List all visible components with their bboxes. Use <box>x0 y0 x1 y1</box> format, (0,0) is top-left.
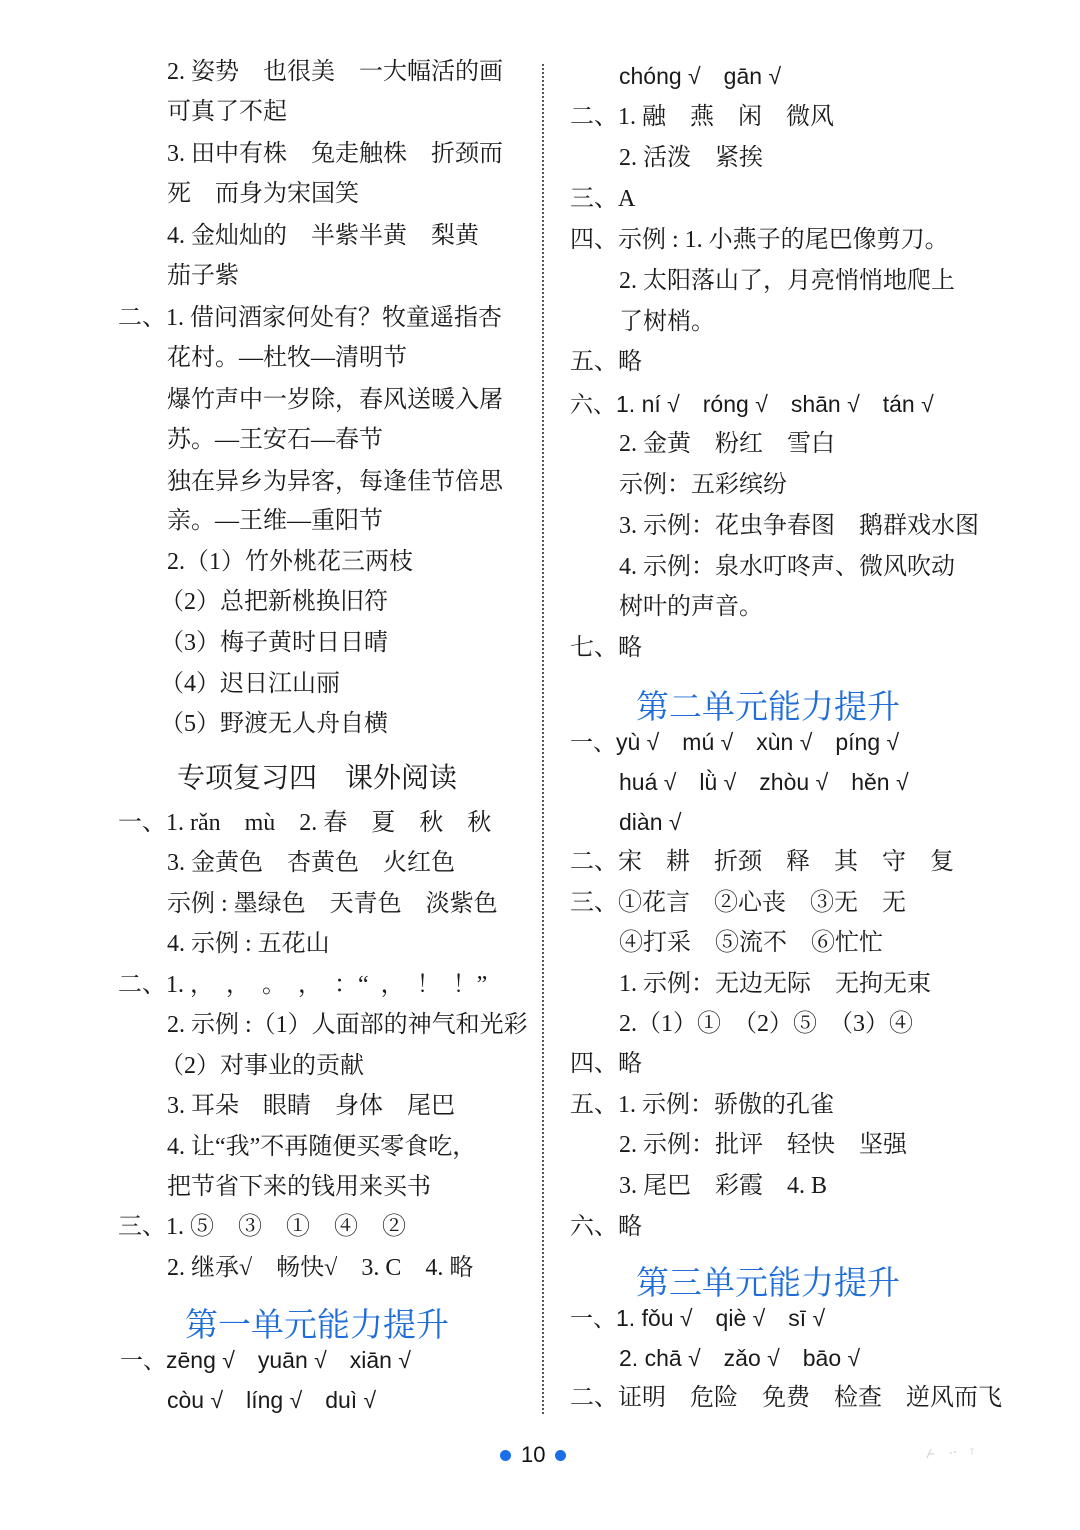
answer-line: 2. 继承√ 畅快√ 3. C 4. 略 <box>167 1248 473 1288</box>
answer-line: 3. 金黄色 杏黄色 火红色 <box>167 843 455 883</box>
answer-line: 一、yù √ mú √ xùn √ píng √ <box>570 722 899 762</box>
answer-line: 独在异乡为异客，每逢佳节倍思 <box>167 462 503 502</box>
page-footer: 10 <box>500 1441 566 1469</box>
answer-line: 1. 示例：无边无际 无拘无束 <box>619 964 931 1004</box>
answer-line: 3. 耳朵 眼睛 身体 尾巴 <box>167 1086 455 1126</box>
scan-mark-icon <box>925 1446 977 1460</box>
answer-line: 四、示例 : 1. 小燕子的尾巴像剪刀。 <box>570 220 949 260</box>
answer-line: 亲。—王维—重阳节 <box>167 501 383 541</box>
answer-line: （2）总把新桃换旧符 <box>160 582 388 622</box>
answer-line: 树叶的声音。 <box>619 587 763 627</box>
answer-line: 五、略 <box>570 342 642 382</box>
answer-line: 二、1. ， ， 。 ， ：“ ， ！ ！” <box>118 965 487 1005</box>
column-divider <box>542 64 544 1414</box>
answer-line: diàn √ <box>619 802 682 842</box>
answer-line: 4. 金灿灿的 半紫半黄 梨黄 <box>167 216 479 256</box>
answer-line: （5）野渡无人舟自横 <box>160 704 388 744</box>
answer-line: （4）迟日江山丽 <box>160 664 340 704</box>
answer-line: （3）梅子黄时日日晴 <box>160 623 388 663</box>
section-title: 专项复习四 课外阅读 <box>177 758 457 798</box>
answer-line: 示例 : 墨绿色 天青色 淡紫色 <box>167 884 498 924</box>
answer-line: 2. chā √ zǎo √ bāo √ <box>619 1338 860 1378</box>
answer-line: 五、1. 示例：骄傲的孔雀 <box>570 1085 834 1125</box>
answer-line: 一、zēng √ yuān √ xiān √ <box>120 1340 411 1380</box>
answer-line: 六、1. ní √ róng √ shān √ tán √ <box>570 384 934 424</box>
answer-line: 三、A <box>570 179 635 219</box>
answer-line: 3. 田中有株 兔走触株 折颈而 <box>167 134 503 174</box>
answer-line: 二、1. 融 燕 闲 微风 <box>570 97 834 137</box>
answer-line: 2. 金黄 粉红 雪白 <box>619 424 835 464</box>
answer-line: 4. 示例 : 五花山 <box>167 924 330 964</box>
answer-line: 2.（1）竹外桃花三两枝 <box>167 542 413 582</box>
answer-line: 2. 太阳落山了，月亮悄悄地爬上 <box>619 261 955 301</box>
answer-line: 爆竹声中一岁除，春风送暖入屠 <box>167 380 503 420</box>
answer-line: ④打采 ⑤流不 ⑥忙忙 <box>619 923 883 963</box>
answer-line: còu √ líng √ duì √ <box>167 1380 376 1420</box>
answer-line: 七、略 <box>570 628 642 668</box>
answer-line: 把节省下来的钱用来买书 <box>167 1167 431 1207</box>
answer-line: 死 而身为宋国笑 <box>167 174 359 214</box>
answer-line: 4. 让“我”不再随便买零食吃， <box>167 1127 476 1167</box>
answer-line: 2. 活泼 紧挨 <box>619 138 763 178</box>
answer-line: 2. 姿势 也很美 一大幅活的画 <box>167 52 503 92</box>
answer-line: 二、宋 耕 折颈 释 其 守 复 <box>570 842 954 882</box>
answer-line: 4. 示例：泉水叮咚声、微风吹动 <box>619 547 955 587</box>
answer-line: chóng √ gān √ <box>619 56 781 96</box>
answer-line: huá √ lǜ √ zhòu √ hěn √ <box>619 762 909 802</box>
bullet-dot-icon <box>500 1450 511 1461</box>
bullet-dot-icon <box>555 1450 566 1461</box>
answer-line: 六、略 <box>570 1207 642 1247</box>
answer-line: 2.（1）① （2）⑤ （3）④ <box>619 1004 913 1044</box>
answer-line: 花村。—杜牧—清明节 <box>167 338 407 378</box>
answer-line: 苏。—王安石—春节 <box>167 420 383 460</box>
answer-line: （2）对事业的贡献 <box>160 1046 364 1086</box>
answer-line: 三、1. ⑤ ③ ① ④ ② <box>118 1207 406 1247</box>
answer-line: 二、证明 危险 免费 检查 逆风而飞 <box>570 1378 1002 1418</box>
page-number: 10 <box>521 1442 545 1468</box>
answer-line: 二、1. 借问酒家何处有？牧童遥指杏 <box>118 298 502 338</box>
answer-line: 2. 示例：批评 轻快 坚强 <box>619 1125 907 1165</box>
answer-line: 3. 示例：花虫争春图 鹅群戏水图 <box>619 506 979 546</box>
answer-line: 一、1. fǒu √ qiè √ sī √ <box>570 1298 825 1338</box>
answer-line: 了树梢。 <box>619 302 715 342</box>
answer-line: 可真了不起 <box>167 92 287 132</box>
answer-line: 三、①花言 ②心丧 ③无 无 <box>570 883 906 923</box>
answer-line: 一、1. rǎn mù 2. 春 夏 秋 秋 <box>118 803 491 843</box>
answer-line: 3. 尾巴 彩霞 4. B <box>619 1166 827 1206</box>
answer-line: 2. 示例 :（1）人面部的神气和光彩 <box>167 1005 528 1045</box>
answer-line: 茄子紫 <box>167 256 239 296</box>
answer-line: 示例：五彩缤纷 <box>619 465 787 505</box>
answer-line: 四、略 <box>570 1044 642 1084</box>
